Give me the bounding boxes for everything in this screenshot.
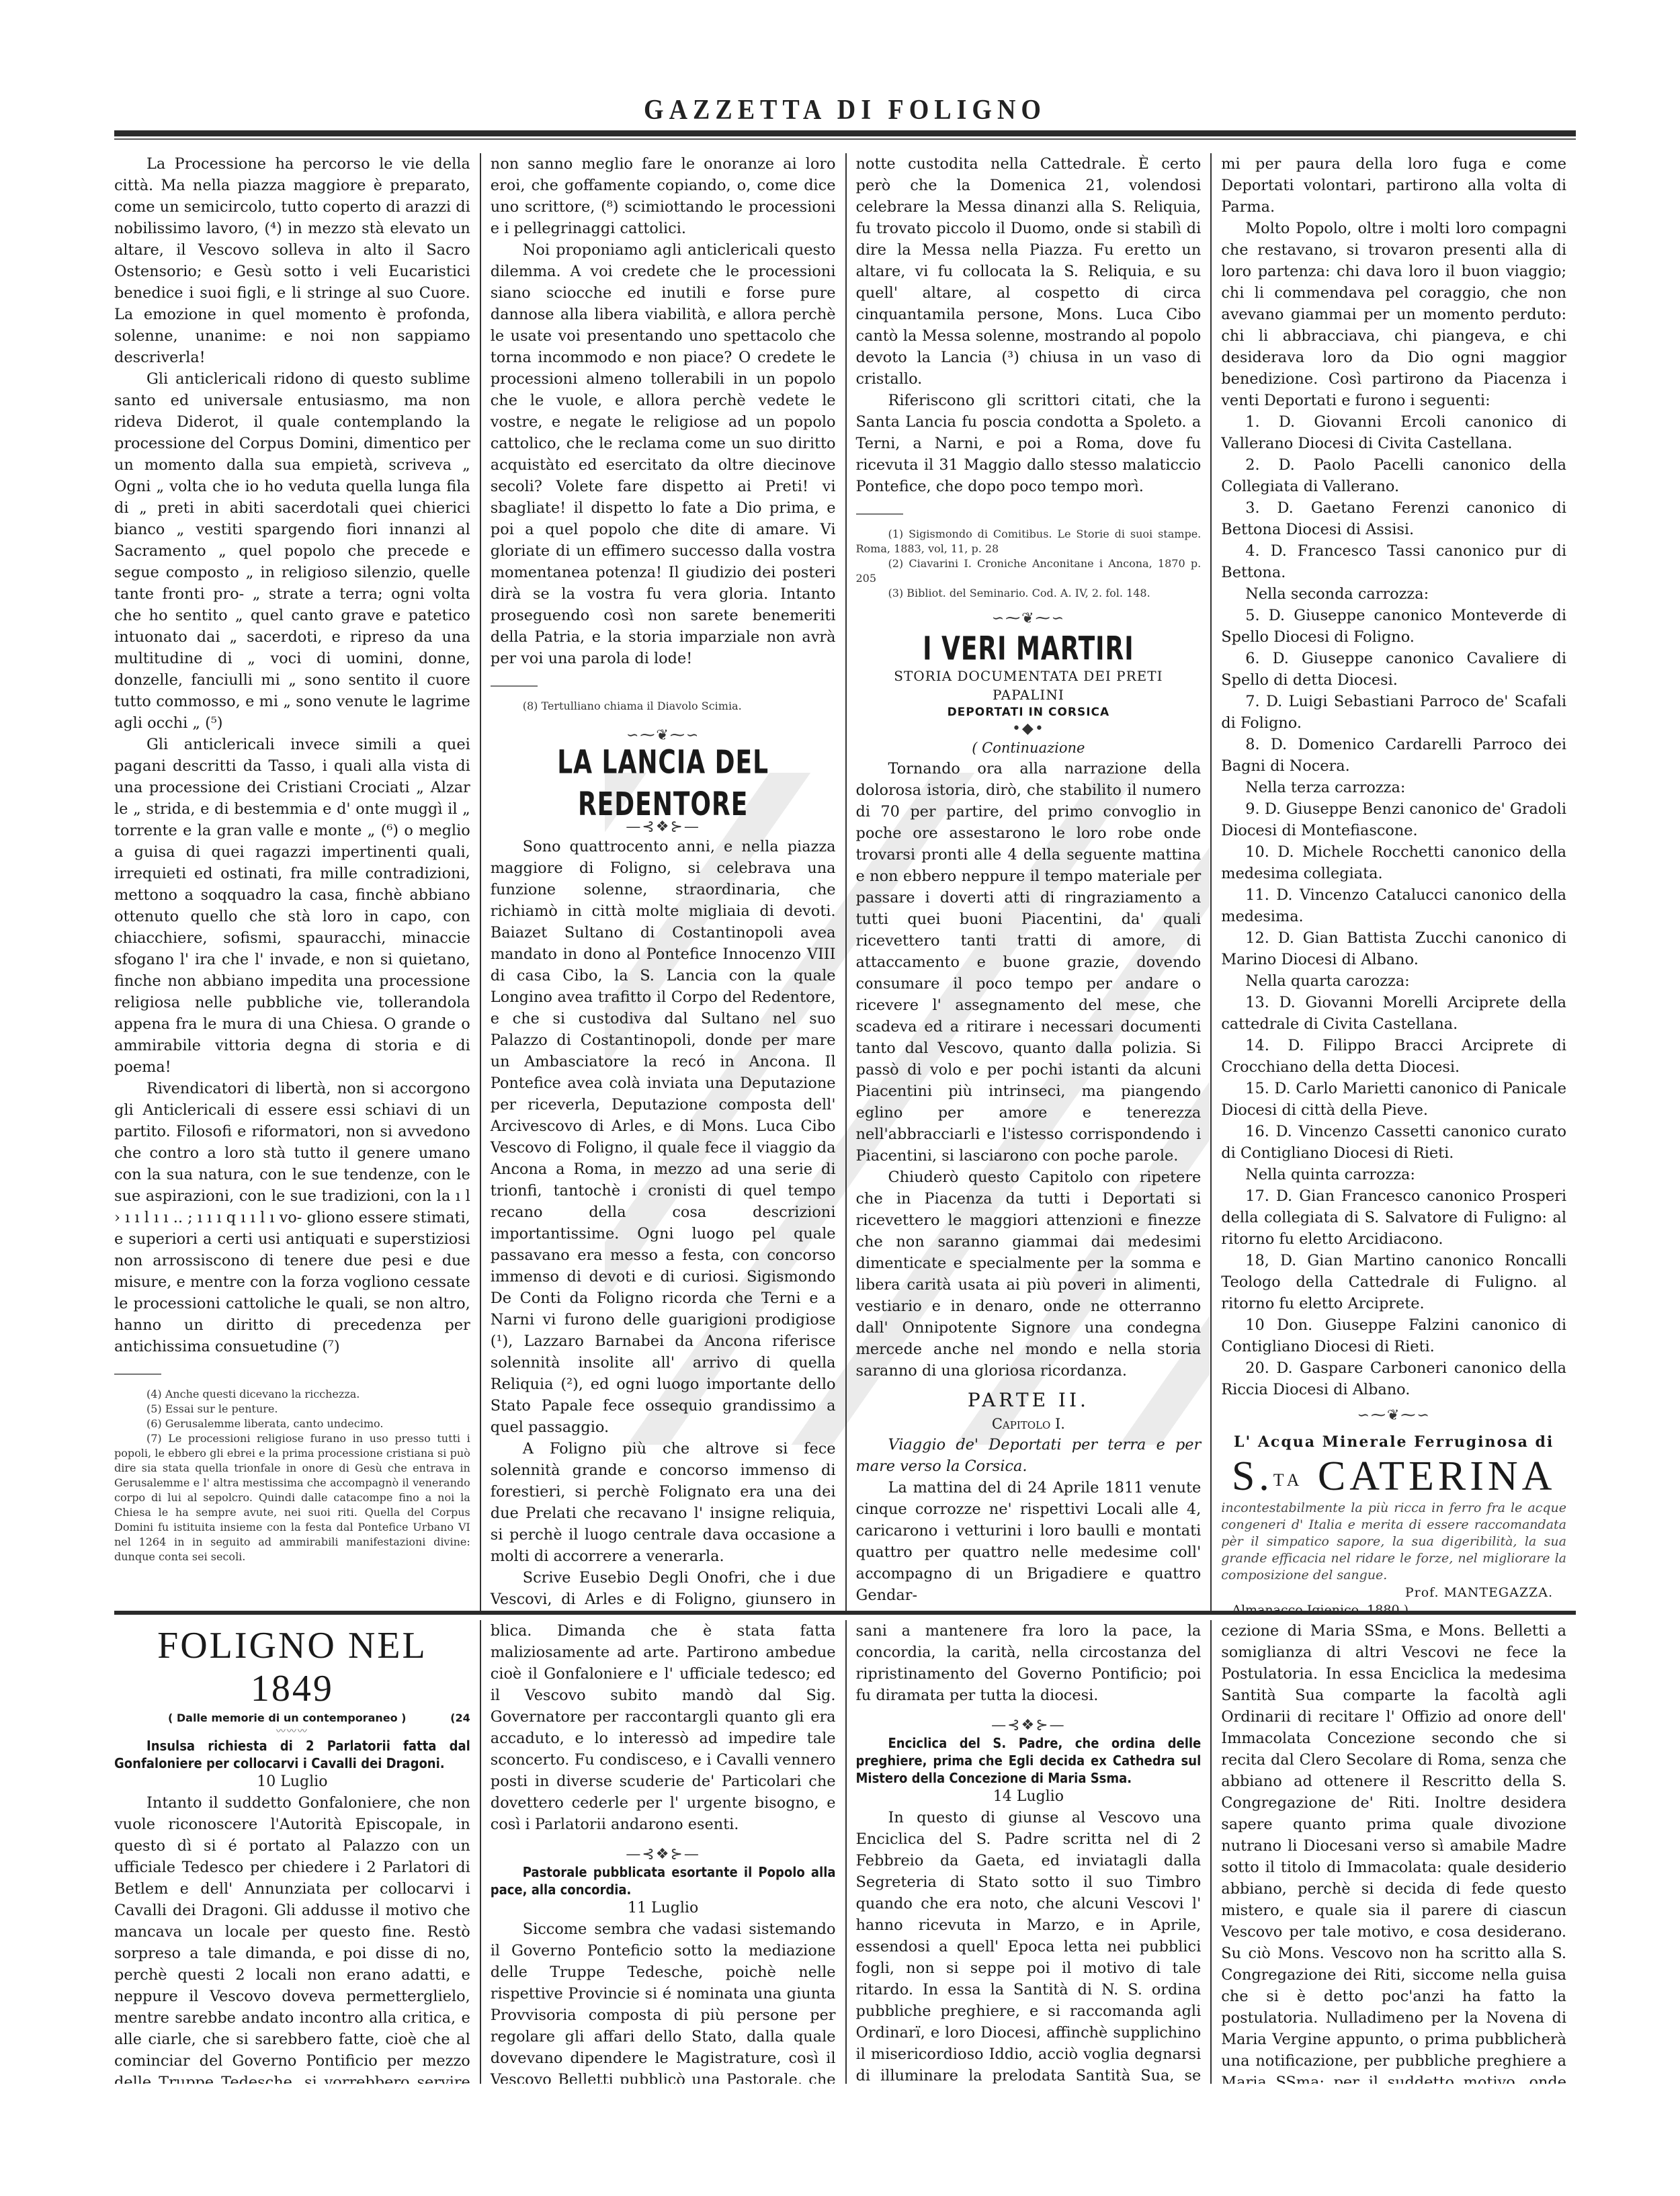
article-title-martiri: I VERI MARTIRI xyxy=(856,628,1202,670)
list-item: 6. D. Giuseppe canonico Cavaliere di Spe… xyxy=(1221,648,1566,691)
footnote: (5) Essai sur le penture. xyxy=(114,1402,470,1417)
list-item: 10. D. Michele Rocchetti canonico della … xyxy=(1221,841,1566,884)
paragraph: Riferiscono gli scrittori citati, che la… xyxy=(856,390,1202,497)
chapter-title: Viaggio de' Deportati per terra e per ma… xyxy=(856,1434,1202,1477)
bottom-section: FOLIGNO NEL 1849 ( Dalle memorie di un c… xyxy=(114,1620,1576,2084)
article-byline: ( Dalle memorie di un contemporaneo ) (2… xyxy=(114,1710,470,1726)
flourish-ornament: ∽⁓❦⁓∽ xyxy=(856,610,1202,628)
section-rule xyxy=(114,1611,1576,1615)
installment-number: (24 xyxy=(450,1710,470,1726)
list-item: 2. D. Paolo Pacelli canonico della Colle… xyxy=(1221,454,1566,497)
list-item: 1. D. Giovanni Ercoli canonico di Valler… xyxy=(1221,411,1566,454)
paragraph: In questo di giunse al Vescovo una Encic… xyxy=(856,1807,1202,2084)
top-section: La Processione ha percorso le vie della … xyxy=(114,153,1576,1615)
list-heading: Nella quarta carozza: xyxy=(1221,970,1566,992)
footnote-rule xyxy=(491,685,538,687)
footnote: (6) Gerusalemme liberata, canto undecimo… xyxy=(114,1417,470,1431)
footnote-rule xyxy=(114,1374,161,1375)
column-4: mi per paura della loro fuga e come Depo… xyxy=(1210,153,1576,1615)
ad-brand: S.TA CATERINA xyxy=(1221,1453,1566,1500)
paragraph: Siccome sembra che vadasi sistemando il … xyxy=(491,1918,836,2084)
paragraph: Chiuderò questo Capitolo con ripetere ch… xyxy=(856,1167,1202,1382)
list-item: 13. D. Giovanni Morelli Arciprete della … xyxy=(1221,992,1566,1035)
paragraph: La Processione ha percorso le vie della … xyxy=(114,153,470,368)
footnote: (1) Sigismondo di Comitibus. Le Storie d… xyxy=(856,527,1202,556)
advertisement: L' Acqua Minerale Ferruginosa di S.TA CA… xyxy=(1221,1431,1566,1615)
paragraph: mi per paura della loro fuga e come Depo… xyxy=(1221,153,1566,218)
list-item: 18, D. Gian Martino canonico Roncalli Te… xyxy=(1221,1250,1566,1314)
paragraph: A Foligno più che altrove si fece solenn… xyxy=(491,1438,836,1567)
footnote: (8) Tertulliano chiama il Diavolo Scimia… xyxy=(491,699,836,714)
footnote: (2) Ciavarini I. Croniche Anconitane i A… xyxy=(856,556,1202,586)
article-subtitle: STORIA DOCUMENTATA DEI PRETI PAPALINI xyxy=(856,667,1202,704)
column-4: cezione di Maria SSma, e Mons. Belletti … xyxy=(1210,1620,1576,2084)
masthead-rule-thin xyxy=(114,138,1576,140)
paragraph: Rivendicatori di libertà, non si accorgo… xyxy=(114,1078,470,1357)
list-heading: Nella quinta carrozza: xyxy=(1221,1164,1566,1185)
column-2: non sanno meglio fare le onoranze ai lor… xyxy=(480,153,845,1615)
list-item: 5. D. Giuseppe canonico Monteverde di Sp… xyxy=(1221,605,1566,648)
paragraph: non sanno meglio fare le onoranze ai lor… xyxy=(491,153,836,239)
ad-signature: Prof. MANTEGAZZA. xyxy=(1221,1584,1566,1601)
list-item: 11. D. Vincenzo Catalucci canonico della… xyxy=(1221,884,1566,927)
list-heading: Nella terza carrozza: xyxy=(1221,777,1566,798)
column-3: sani a mantenere fra loro la pace, la co… xyxy=(845,1620,1211,2084)
column-1: La Processione ha percorso le vie della … xyxy=(114,153,480,1615)
masthead-rule xyxy=(114,130,1576,136)
memorie-label: ( Dalle memorie di un contemporaneo ) xyxy=(168,1710,406,1726)
paragraph: sani a mantenere fra loro la pace, la co… xyxy=(856,1620,1202,1706)
parte-heading: PARTE II. xyxy=(856,1387,1202,1414)
footnote: (3) Bibliot. del Seminario. Cod. A. IV, … xyxy=(856,586,1202,601)
date-label: 10 Luglio xyxy=(114,1772,470,1792)
subheading: Enciclica del S. Padre, che ordina delle… xyxy=(856,1734,1202,1787)
ad-title: L' Acqua Minerale Ferruginosa di xyxy=(1221,1431,1566,1453)
date-label: 11 Luglio xyxy=(491,1898,836,1918)
ad-text: incontestabilmente la più ricca in ferro… xyxy=(1221,1500,1566,1584)
paragraph: Noi proponiamo agli anticlericali questo… xyxy=(491,239,836,669)
paragraph: blica. Dimanda che è stata fatta malizio… xyxy=(491,1620,836,1835)
ad-brand-name: CATERINA xyxy=(1318,1453,1556,1499)
article-subtitle-2: DEPORTATI IN CORSICA xyxy=(856,704,1202,720)
list-item: 17. D. Gian Francesco canonico Prosperi … xyxy=(1221,1185,1566,1250)
paragraph: Intanto il suddetto Gonfaloniere, che no… xyxy=(114,1792,470,2084)
list-heading: Nella seconda carrozza: xyxy=(1221,583,1566,605)
paragraph: Gli anticlericali ridono di questo subli… xyxy=(114,368,470,734)
paragraph: Scrive Eusebio Degli Onofri, che i due V… xyxy=(491,1567,836,1615)
list-item: 16. D. Vincenzo Cassetti canonico curato… xyxy=(1221,1121,1566,1164)
footnote: (4) Anche questi dicevano la ricchezza. xyxy=(114,1387,470,1402)
divider-ornament: —⊰❖⊱— xyxy=(491,1846,836,1863)
subheading: Pastorale pubblicata esortante il Popolo… xyxy=(491,1863,836,1898)
list-item: 7. D. Luigi Sebastiani Parroco de' Scafa… xyxy=(1221,691,1566,734)
list-item: 8. D. Domenico Cardarelli Parroco dei Ba… xyxy=(1221,734,1566,777)
ad-brand-prefix: S. xyxy=(1232,1453,1273,1499)
article-title-lancia: LA LANCIA DEL REDENTORE xyxy=(491,742,836,826)
list-item: 10 Don. Giuseppe Falzini canonico di Con… xyxy=(1221,1314,1566,1357)
newspaper-page: GAZZETTA DI FOLIGNO La Processione ha pe… xyxy=(114,94,1576,2084)
footnote: (7) Le processioni religiose furano in u… xyxy=(114,1431,470,1564)
list-item: 9. D. Giuseppe Benzi canonico de' Gradol… xyxy=(1221,798,1566,841)
wave-ornament: 〰〰〰 xyxy=(114,1726,470,1737)
paragraph: cezione di Maria SSma, e Mons. Belletti … xyxy=(1221,1620,1566,2084)
list-item: 3. D. Gaetano Ferenzi canonico di Betton… xyxy=(1221,497,1566,540)
paragraph: Gli anticlericali invece simili a quei p… xyxy=(114,734,470,1078)
column-2: blica. Dimanda che è stata fatta malizio… xyxy=(480,1620,845,2084)
paragraph: Sono quattrocento anni, e nella piazza m… xyxy=(491,836,836,1438)
list-item: 4. D. Francesco Tassi canonico pur di Be… xyxy=(1221,540,1566,583)
paragraph: Molto Popolo, oltre i molti loro compagn… xyxy=(1221,218,1566,411)
paragraph: Tornando ora alla narrazione della dolor… xyxy=(856,758,1202,1167)
list-item: 20. D. Gaspare Carboneri canonico della … xyxy=(1221,1357,1566,1400)
column-3: notte custodita nella Cattedrale. È cert… xyxy=(845,153,1211,1615)
masthead-title: GAZZETTA DI FOLIGNO xyxy=(114,93,1576,128)
flourish-ornament: ∽⁓❦⁓∽ xyxy=(1221,1407,1566,1425)
footnote-rule xyxy=(856,513,903,515)
capitolo-heading: Capitolo I. xyxy=(856,1414,1202,1434)
paragraph: notte custodita nella Cattedrale. È cert… xyxy=(856,153,1202,390)
dots-ornament: •◆• xyxy=(856,720,1202,738)
continuation-label: ( Continuazione xyxy=(856,738,1202,758)
column-1: FOLIGNO NEL 1849 ( Dalle memorie di un c… xyxy=(114,1620,480,2084)
list-item: 14. D. Filippo Bracci Arciprete di Crocc… xyxy=(1221,1035,1566,1078)
list-item: 12. D. Gian Battista Zucchi canonico di … xyxy=(1221,927,1566,970)
article-title-foligno-1849: FOLIGNO NEL 1849 xyxy=(114,1624,470,1710)
paragraph: La mattina del di 24 Aprile 1811 venute … xyxy=(856,1477,1202,1606)
subheading: Insulsa richiesta di 2 Parlatorii fatta … xyxy=(114,1737,470,1772)
list-item: 15. D. Carlo Marietti canonico di Panica… xyxy=(1221,1078,1566,1121)
date-label: 14 Luglio xyxy=(856,1787,1202,1807)
ad-brand-sup: TA xyxy=(1273,1470,1304,1490)
divider-ornament: —⊰❖⊱— xyxy=(856,1717,1202,1734)
